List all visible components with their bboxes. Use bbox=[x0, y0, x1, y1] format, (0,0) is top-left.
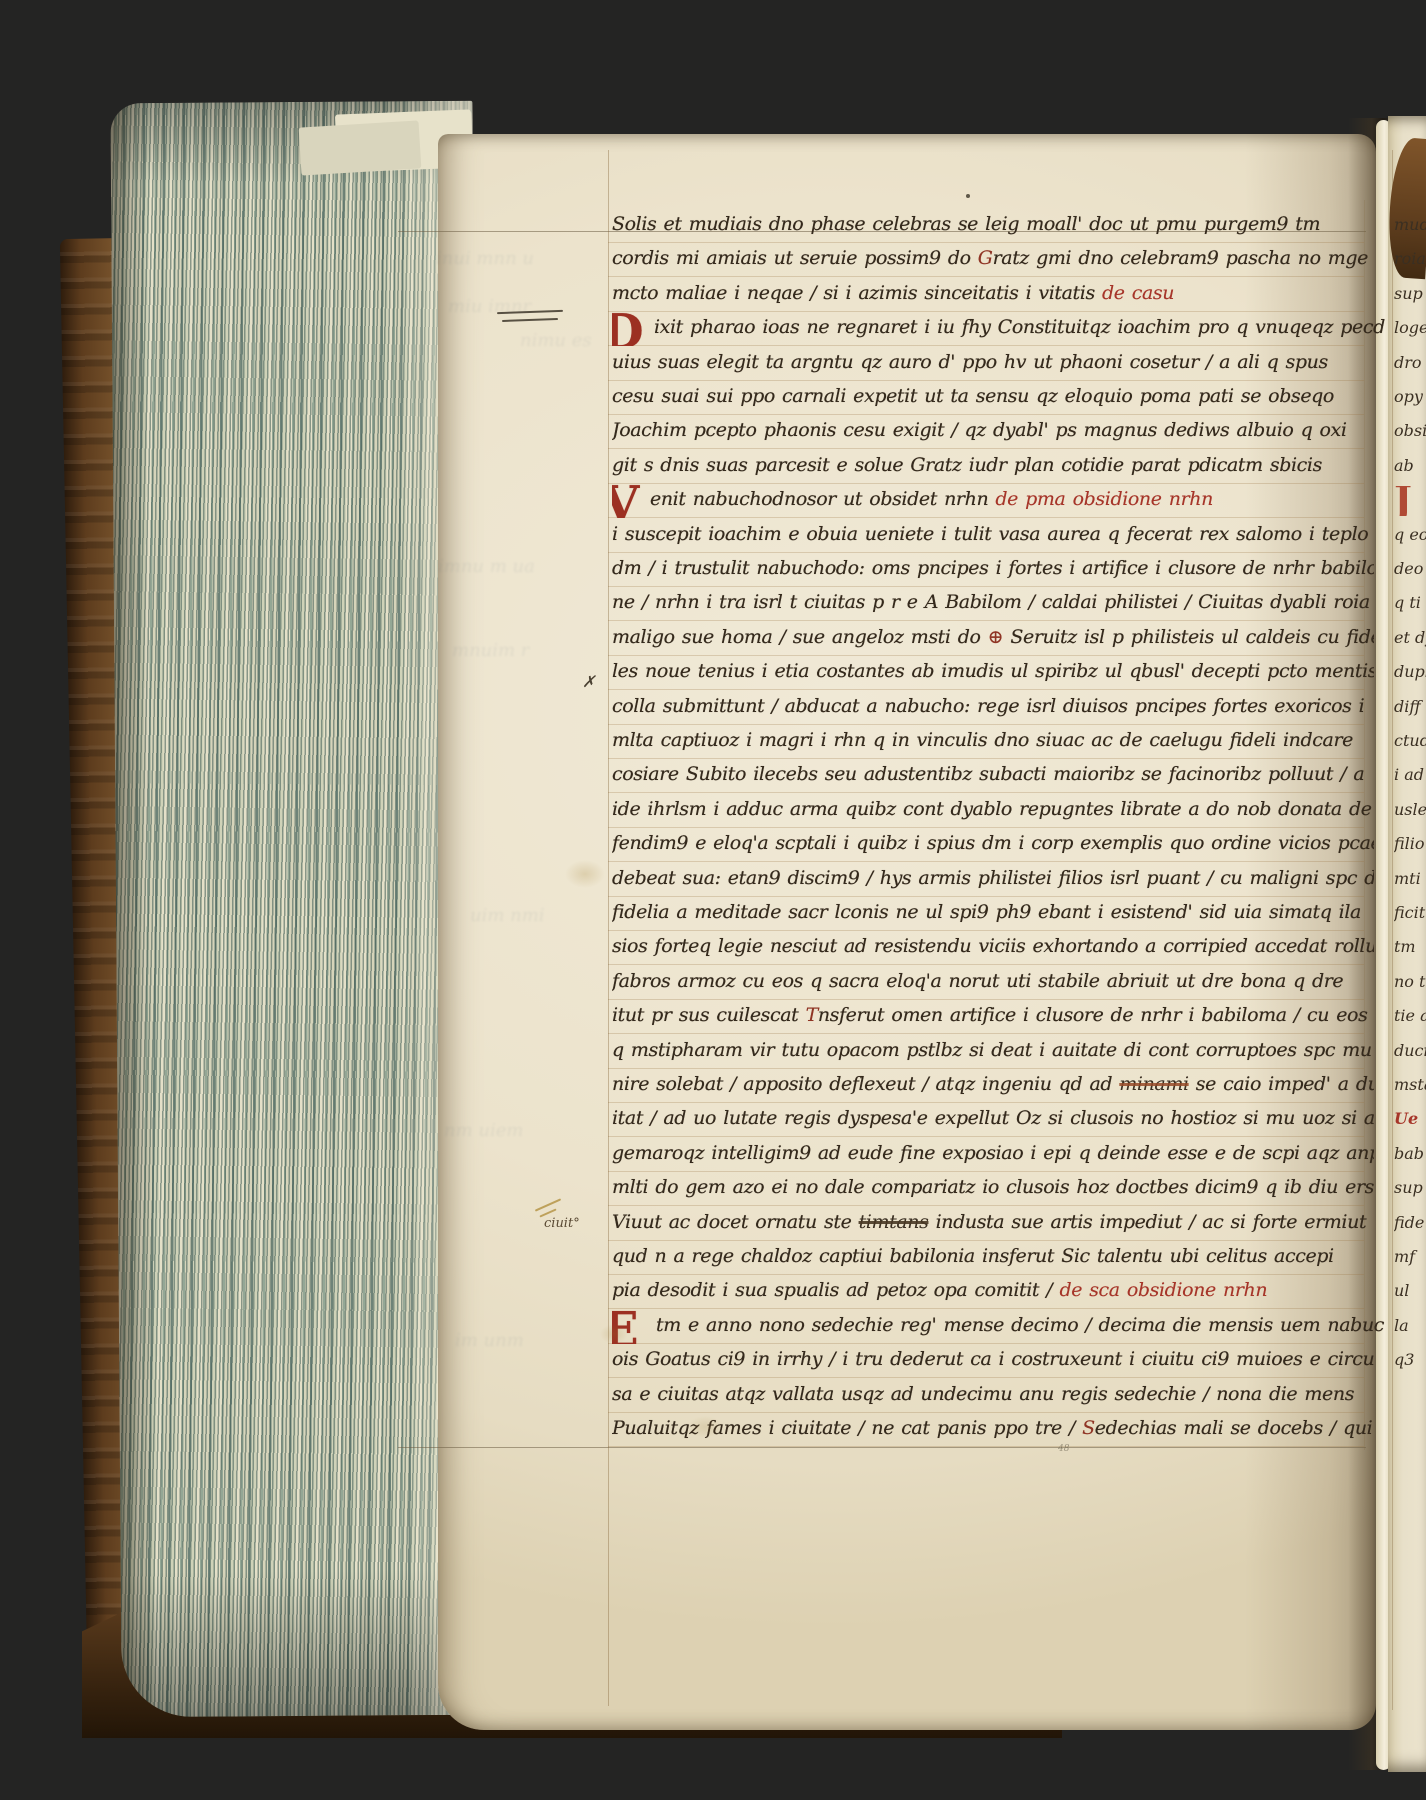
facing-page-line-fragment: filio bbox=[1394, 830, 1426, 860]
gothic-text: mlta captiuoz i magri i rhn q in vinculi… bbox=[612, 729, 1353, 751]
manuscript-line: fendim9 e eloq'a scptali i quibz i spius… bbox=[612, 828, 1374, 862]
gothic-text: Pualuitqz fames i ciuitate / ne cat pani… bbox=[612, 1417, 1082, 1439]
gothic-text: enit nabuchodnosor ut obsidet nrhn bbox=[650, 488, 995, 510]
manuscript-line: itat / ad uo lutate regis dyspesa'e expe… bbox=[612, 1103, 1374, 1137]
gothic-text: gemaroqz intelligim9 ad eude fine exposi… bbox=[612, 1142, 1374, 1164]
facing-page-line-fragment: ctud bbox=[1394, 727, 1426, 757]
manuscript-line: gemaroqz intelligim9 ad eude fine exposi… bbox=[612, 1138, 1374, 1172]
gothic-text: se caio imped' a duo bbox=[1189, 1073, 1374, 1095]
facing-page-line-fragment: obsi bbox=[1394, 417, 1426, 447]
gothic-text: pia desodit i sua spualis ad petoz opa c… bbox=[612, 1279, 1059, 1301]
gothic-text: sios forteq legie nesciut ad resistendu … bbox=[612, 935, 1374, 957]
facing-page-red-initial: Ue bbox=[1394, 1109, 1418, 1128]
ink-showthrough-text: miu imnr bbox=[448, 296, 531, 317]
manuscript-line: Etm e anno nono sedechie reg' mense deci… bbox=[612, 1310, 1418, 1344]
manuscript-line: q mstipharam vir tutu opacom pstlbz si d… bbox=[612, 1035, 1374, 1069]
facing-page-line-fragment: et dy bbox=[1394, 624, 1426, 654]
gothic-text: git s dnis suas parcesit e solue Gratz i… bbox=[612, 454, 1322, 476]
facing-page-line-fragment: msta bbox=[1394, 1071, 1426, 1101]
gothic-text: nsferut omen artifice i clusore de nrhr … bbox=[818, 1004, 1368, 1026]
manuscript-line: maligo sue homa / sue angeloz msti do ⊕ … bbox=[612, 622, 1374, 656]
ruling-line bbox=[398, 1447, 1366, 1448]
gothic-text: fendim9 e eloq'a scptali i quibz i spius… bbox=[612, 832, 1374, 854]
manuscript-line: cordis mi amiais ut seruie possim9 do Gr… bbox=[612, 243, 1374, 277]
facing-page-line-fragment: sup bbox=[1394, 1174, 1426, 1204]
facing-page-line-fragment: q eo bbox=[1394, 521, 1426, 551]
page-edge-stack bbox=[110, 101, 483, 1717]
facing-page-line-fragment: tm bbox=[1394, 933, 1426, 963]
gothic-text: Joachim pcepto phaonis cesu exigit / qz … bbox=[612, 419, 1347, 441]
manuscript-line: Viuut ac docet ornatu ste timtans indust… bbox=[612, 1207, 1374, 1241]
struck-word: minami bbox=[1119, 1073, 1188, 1095]
manuscript-line: fidelia a meditade sacr lconis ne ul spi… bbox=[612, 897, 1374, 931]
facing-page-line-fragment: tie a bbox=[1394, 1002, 1426, 1032]
gothic-text: Viuut ac docet ornatu ste bbox=[612, 1211, 859, 1233]
margin-ruling-line bbox=[608, 150, 609, 1706]
ink-showthrough-text: uim nmi bbox=[470, 905, 545, 926]
manuscript-line: mlta captiuoz i magri i rhn q in vinculi… bbox=[612, 725, 1374, 759]
manuscript-line: qud n a rege chaldoz captiui babilonia i… bbox=[612, 1241, 1374, 1275]
gothic-text: mcto maliae i neqae / si i azimis sincei… bbox=[612, 282, 1102, 304]
manuscript-line: nire solebat / apposito deflexeut / atqz… bbox=[612, 1069, 1374, 1103]
facing-page-line-fragment: dupl bbox=[1394, 658, 1426, 688]
gothic-text: industa sue artis impediut / ac si forte… bbox=[928, 1211, 1366, 1233]
manuscript-line: Dixit pharao ioas ne regnaret i iu fhy C… bbox=[612, 312, 1416, 346]
rubric-text: de casu bbox=[1102, 282, 1174, 304]
manuscript-line: Solis et mudiais dno phase celebras se l… bbox=[612, 209, 1374, 243]
facing-page-line-fragment: q ti bbox=[1394, 589, 1426, 619]
margin-glyph: 48 bbox=[1058, 1444, 1069, 1454]
facing-page-line-fragment: Ue bbox=[1394, 1105, 1426, 1135]
ink-showthrough-text: im unm bbox=[455, 1330, 524, 1351]
facing-page-line-fragment: deo bbox=[1394, 555, 1426, 585]
facing-page-line-fragment: bab bbox=[1394, 1140, 1426, 1170]
gothic-text: Seruitz isl p philisteis ul caldeis cu f… bbox=[1003, 626, 1374, 648]
ink-speck bbox=[966, 194, 970, 198]
ink-showthrough-text: nimu es bbox=[520, 330, 592, 351]
manuscript-line: pia desodit i sua spualis ad petoz opa c… bbox=[612, 1275, 1374, 1309]
struck-word: timtans bbox=[859, 1211, 929, 1233]
illuminated-initial: D bbox=[612, 312, 643, 346]
gothic-text: ne / nrhn i tra isrl t ciuitas p r e A B… bbox=[612, 591, 1370, 613]
gothic-text: colla submittunt / abducat a nabucho: re… bbox=[612, 695, 1364, 717]
ink-showthrough-text: nm uiem bbox=[444, 1120, 523, 1141]
manuscript-line: Venit nabuchodnosor ut obsidet nrhn de p… bbox=[612, 484, 1412, 518]
facing-page-line-fragment: la bbox=[1394, 1312, 1426, 1342]
facing-page-line-fragment: mud bbox=[1394, 211, 1426, 241]
gothic-text: maligo sue homa / sue angeloz msti do bbox=[612, 626, 988, 648]
gothic-text: nire solebat / apposito deflexeut / atqz… bbox=[612, 1073, 1119, 1095]
facing-page-margin-rule bbox=[1392, 150, 1393, 1710]
manuscript-line: uius suas elegit ta argntu qz auro d' pp… bbox=[612, 347, 1374, 381]
facing-page-line-fragment: uslet bbox=[1394, 796, 1426, 826]
gothic-text: fabros armoz cu eos q sacra eloq'a norut… bbox=[612, 970, 1343, 992]
facing-page-line-fragment: ab bbox=[1394, 452, 1426, 482]
gothic-text: cesu suai sui ppo carnali expetit ut ta … bbox=[612, 385, 1334, 407]
margin-note: ciuit° bbox=[544, 1216, 580, 1231]
manuscript-line: cosiare Subito ilecebs seu adustentibz s… bbox=[612, 759, 1374, 793]
gothic-text: fidelia a meditade sacr lconis ne ul spi… bbox=[612, 901, 1361, 923]
gothic-text: ratz gmi dno celebram9 pascha no mge bbox=[993, 247, 1368, 269]
manuscript-line: colla submittunt / abducat a nabucho: re… bbox=[612, 691, 1374, 725]
photograph-of-open-manuscript: inui mnn umiu imnrnimu esimnu m uamnuim … bbox=[0, 0, 1426, 1800]
gothic-text: debeat sua: etan9 discim9 / hys armis ph… bbox=[612, 867, 1374, 889]
facing-page-line-fragment: fide bbox=[1394, 1209, 1426, 1239]
rubric-text: de pma obsidione nrhn bbox=[995, 488, 1213, 510]
manuscript-line: itut pr sus cuilescat Tnsferut omen arti… bbox=[612, 1000, 1374, 1034]
facing-page-line-fragment: ficit bbox=[1394, 899, 1426, 929]
facing-page-red-initial: J bbox=[1394, 486, 1412, 516]
manuscript-line: mlti do gem azo ei no dale compariatz io… bbox=[612, 1172, 1374, 1206]
red-touched-letter: T bbox=[806, 1004, 818, 1026]
gothic-text: cosiare Subito ilecebs seu adustentibz s… bbox=[612, 763, 1364, 785]
manuscript-line: cesu suai sui ppo carnali expetit ut ta … bbox=[612, 381, 1374, 415]
manuscript-line: sios forteq legie nesciut ad resistendu … bbox=[612, 931, 1374, 965]
gothic-text: itat / ad uo lutate regis dyspesa'e expe… bbox=[612, 1107, 1374, 1129]
illuminated-initial: V bbox=[612, 484, 639, 518]
facing-page-line-fragment: loge bbox=[1394, 314, 1426, 344]
gothic-text: cordis mi amiais ut seruie possim9 do bbox=[612, 247, 978, 269]
foxing-stain bbox=[688, 1416, 722, 1438]
gothic-text: sa e ciuitas atqz vallata usqz ad undeci… bbox=[612, 1383, 1354, 1405]
gothic-text: i suscepit ioachim e obuia ueniete i tul… bbox=[612, 523, 1368, 545]
red-touched-letter: G bbox=[978, 247, 993, 269]
sheet-corner bbox=[299, 120, 422, 175]
facing-page-line-fragment: sup bbox=[1394, 280, 1426, 310]
facing-page-line-fragment: mf bbox=[1394, 1243, 1426, 1273]
gothic-text: itut pr sus cuilescat bbox=[612, 1004, 806, 1026]
facing-page-line-fragment: q3 bbox=[1394, 1346, 1426, 1376]
manuscript-line: fabros armoz cu eos q sacra eloq'a norut… bbox=[612, 966, 1374, 1000]
facing-page-line-fragment: diff bbox=[1394, 693, 1426, 723]
red-touched-letter: ⊕ bbox=[988, 626, 1004, 648]
manuscript-line: ne / nrhn i tra isrl t ciuitas p r e A B… bbox=[612, 587, 1374, 621]
facing-page-line-fragment: i ad bbox=[1394, 761, 1426, 791]
gothic-text: les noue tenius i etia costantes ab imud… bbox=[612, 660, 1374, 682]
gothic-text: ixit pharao ioas ne regnaret i iu fhy Co… bbox=[654, 316, 1385, 338]
manuscript-line: sa e ciuitas atqz vallata usqz ad undeci… bbox=[612, 1379, 1374, 1413]
gothic-text: ide ihrlsm i adduc arma quibz cont dyabl… bbox=[612, 798, 1372, 820]
gothic-text: dm / i trustulit nabuchodo: oms pncipes … bbox=[612, 557, 1374, 579]
facing-page-line-fragment: dro bbox=[1394, 349, 1426, 379]
gothic-text: qud n a rege chaldoz captiui babilonia i… bbox=[612, 1245, 1334, 1267]
foxing-stain bbox=[565, 860, 605, 888]
facing-page-line-fragment: opy bbox=[1394, 383, 1426, 413]
gothic-text: mlti do gem azo ei no dale compariatz io… bbox=[612, 1176, 1374, 1198]
gothic-text: uius suas elegit ta argntu qz auro d' pp… bbox=[612, 351, 1328, 373]
manuscript-line: git s dnis suas parcesit e solue Gratz i… bbox=[612, 450, 1374, 484]
manuscript-line: i suscepit ioachim e obuia ueniete i tul… bbox=[612, 519, 1374, 553]
facing-page-line-fragment: J bbox=[1394, 486, 1426, 516]
manuscript-line: ide ihrlsm i adduc arma quibz cont dyabl… bbox=[612, 794, 1374, 828]
rubric-text: de sca obsidione nrhn bbox=[1059, 1279, 1267, 1301]
red-touched-letter: S bbox=[1082, 1417, 1095, 1439]
manuscript-line: les noue tenius i etia costantes ab imud… bbox=[612, 656, 1374, 690]
ink-showthrough-text: mnuim r bbox=[452, 640, 529, 661]
gothic-text: edechias mali se docebs / qui bbox=[1095, 1417, 1373, 1439]
facing-page-line-fragment: mti bbox=[1394, 865, 1426, 895]
ink-showthrough-text: imnu m ua bbox=[438, 556, 535, 577]
facing-page-line-fragment: ul bbox=[1394, 1277, 1426, 1307]
facing-page-line-fragment: no ti bbox=[1394, 968, 1426, 998]
manuscript-line: debeat sua: etan9 discim9 / hys armis ph… bbox=[612, 863, 1374, 897]
gothic-text: q mstipharam vir tutu opacom pstlbz si d… bbox=[612, 1039, 1372, 1061]
manuscript-line: mcto maliae i neqae / si i azimis sincei… bbox=[612, 278, 1374, 312]
ink-showthrough-text: inui mnn u bbox=[436, 248, 534, 269]
gothic-text: tm e anno nono sedechie reg' mense decim… bbox=[656, 1314, 1384, 1336]
foxing-stain bbox=[600, 1324, 628, 1344]
manuscript-line: Joachim pcepto phaonis cesu exigit / qz … bbox=[612, 415, 1374, 449]
facing-page-line-fragment: roia bbox=[1394, 245, 1426, 275]
gothic-text: Solis et mudiais dno phase celebras se l… bbox=[612, 213, 1320, 235]
margin-glyph: ✗ bbox=[582, 672, 595, 691]
facing-page-line-fragment: duci bbox=[1394, 1037, 1426, 1067]
gothic-text: ois Goatus ci9 in irrhy / i tru dederut … bbox=[612, 1348, 1374, 1370]
manuscript-line: Pualuitqz fames i ciuitate / ne cat pani… bbox=[612, 1413, 1374, 1447]
manuscript-line: ois Goatus ci9 in irrhy / i tru dederut … bbox=[612, 1344, 1374, 1378]
manuscript-line: dm / i trustulit nabuchodo: oms pncipes … bbox=[612, 553, 1374, 587]
